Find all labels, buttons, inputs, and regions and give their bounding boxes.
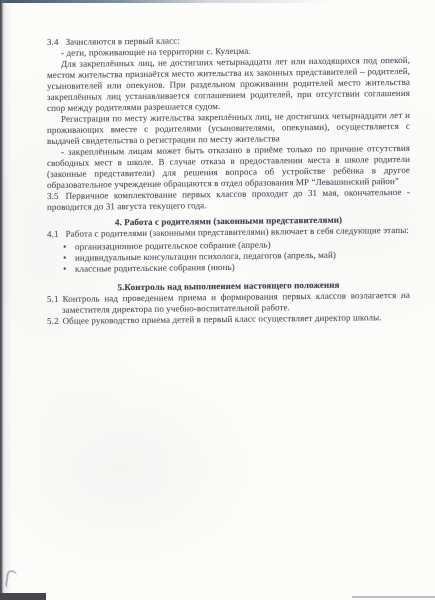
clause-text: Контроль над проведением приема и формир… <box>62 290 410 315</box>
scan-edge-bottom-right <box>352 596 435 598</box>
clause-text: Первичное комплектование первых классов … <box>47 187 410 212</box>
clause-number: 4.1 <box>47 229 66 239</box>
clause-text: Зачисляются в первый класс: <box>66 35 180 46</box>
scanned-page: 3.4Зачисляются в первый класс: - дети, п… <box>0 0 435 600</box>
scan-edge-left <box>0 0 12 600</box>
scan-edge-top <box>0 0 345 3</box>
clause-number: 5.1 <box>47 294 63 304</box>
clause-number: 5.2 <box>47 316 63 326</box>
clause-number: 3.5 <box>47 191 66 201</box>
scan-edge-bottom-left <box>0 593 46 600</box>
staple-mark <box>5 569 17 588</box>
stages-bullet-list: организационное родительское собрание (а… <box>47 238 410 275</box>
paragraph-attached-persons: Для закреплённых лиц, не достигших четыр… <box>47 55 410 114</box>
paragraph-registration: Регистрация по месту жительства закреплё… <box>47 110 410 147</box>
clause-number: 3.4 <box>47 37 66 47</box>
paragraph-refusal: - закреплённым лицам может быть отказано… <box>47 143 410 191</box>
document-content: 3.4Зачисляются в первый класс: - дети, п… <box>47 33 410 327</box>
clause-3-5: 3.5Первичное комплектование первых класс… <box>47 187 410 213</box>
